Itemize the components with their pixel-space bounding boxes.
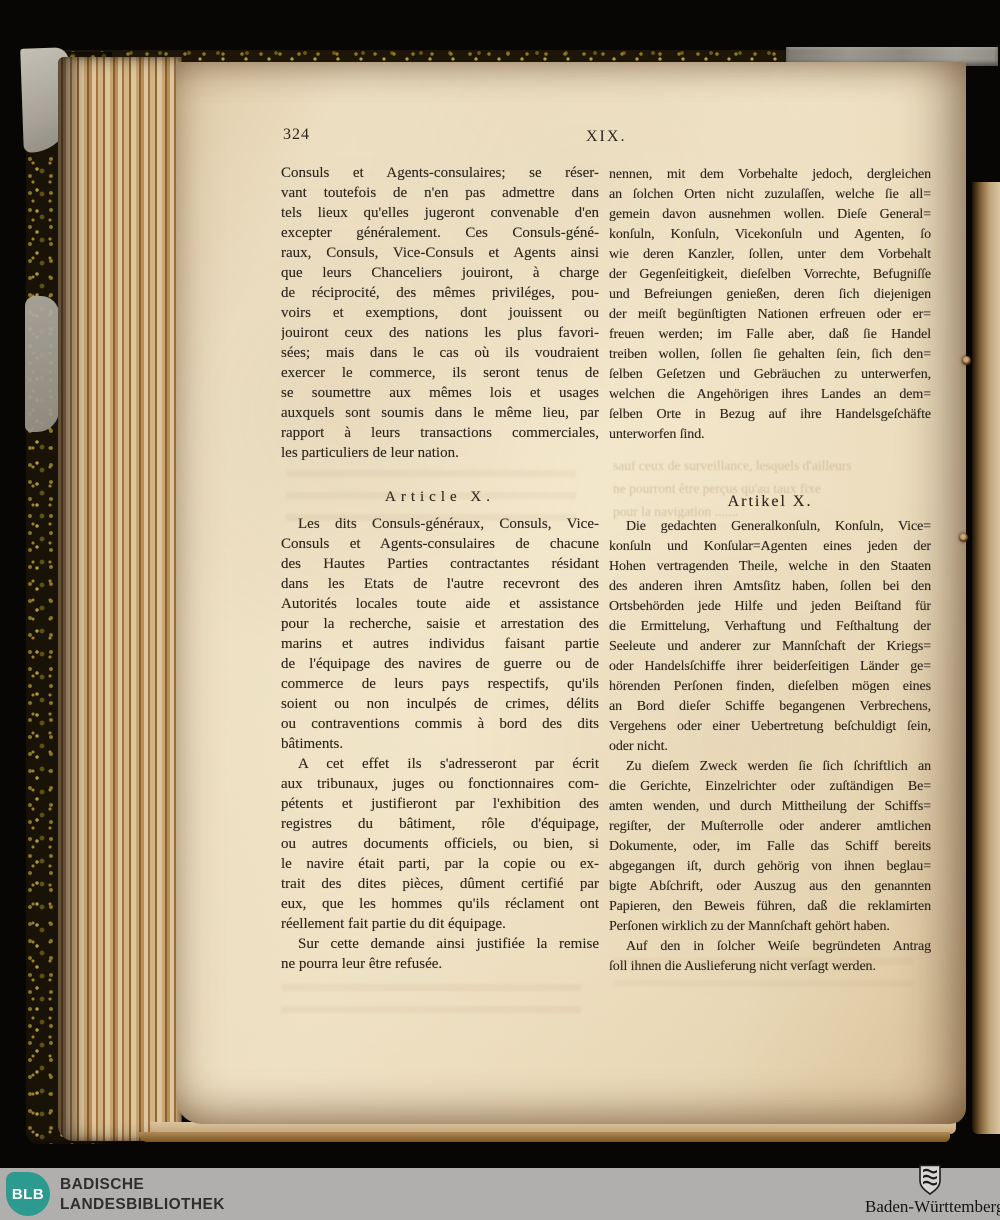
text-line: voirs et exemptions, dont jouissent ou <box>281 303 599 323</box>
text-line: eux, que les hommes qu'ils réclament ont <box>281 894 599 914</box>
paragraph: Consuls et Agents-consulaires; se réser-… <box>281 163 599 463</box>
text-line: gemein davon ausnehmen wollen. Dieſe Gen… <box>609 205 931 225</box>
text-line: que leurs Chanceliers jouiront, à charge <box>281 263 599 283</box>
book-scan-photo: 324 XIX. Consuls et Agents-consulaires; … <box>0 0 1000 1148</box>
text-line: ſoll ihnen die Auslieferung nicht verſag… <box>609 957 931 977</box>
text-line: ou autres documents officiels, ou bien, … <box>281 834 599 854</box>
text-line: die Ermittelung, Verhaftung und Feſthalt… <box>609 617 931 637</box>
text-line: an ſolchen Orten nicht zuzulaſſen, welch… <box>609 185 931 205</box>
text-line: konſuln und Konſular=Agenten eines jeden… <box>609 537 931 557</box>
text-line: réellement fait partie du dit équipage. <box>281 914 599 934</box>
text-line: ſelben Orte in Bezug auf ihre Handelsgeſ… <box>609 405 931 425</box>
text-line: Consuls et Agents-consulaires; se réser- <box>281 163 599 183</box>
text-line: welchen die Angehörigen ihres Landes an … <box>609 385 931 405</box>
text-line: Les dits Consuls-généraux, Consuls, Vice… <box>281 514 599 534</box>
text-line: regiſter, der Muſterrolle oder anderer a… <box>609 817 931 837</box>
text-line: bigte Abſchrift, oder Auszug aus den gen… <box>609 877 931 897</box>
text-line: les particuliers de leur nation. <box>281 443 599 463</box>
text-line: die Gerichte, Einzelrichter oder zuſtänd… <box>609 777 931 797</box>
library-name-line1: BADISCHE <box>60 1175 225 1195</box>
text-line: oder Handelsſchiffe ihrer beiderſeitigen… <box>609 657 931 677</box>
section-header: XIX. <box>586 128 626 146</box>
french-column: Consuls et Agents-consulaires; se réser-… <box>281 163 599 974</box>
paragraph: Sur cette demande ainsi justifiée la rem… <box>281 934 599 974</box>
text-line: de réciprocité, des mêmes priviléges, po… <box>281 283 599 303</box>
text-line: tels lieux qu'elles jugeront convenable … <box>281 203 599 223</box>
text-line: soient ou non inculpés de crimes, délits <box>281 694 599 714</box>
text-line: commerce de leurs pays respectifs, qu'il… <box>281 674 599 694</box>
text-line: Auf den in ſolcher Weiſe begründeten Ant… <box>609 937 931 957</box>
text-line: ne pourra leur être refusée. <box>281 954 599 974</box>
paragraph: Zu dieſem Zweck werden ſie ſich ſchriftl… <box>609 757 931 937</box>
cover-worn-patch <box>25 296 59 432</box>
page-edges-stack <box>58 57 182 1141</box>
text-line: der meiſt begünſtigten Nationen erfreuen… <box>609 305 931 325</box>
page-bottom-edge <box>138 1132 950 1142</box>
text-line: pour la recherche, saisie et arrestation… <box>281 614 599 634</box>
text-line: konſuln, Konſuln, Vicekonſuln und Agente… <box>609 225 931 245</box>
text-line: Sur cette demande ainsi justifiée la rem… <box>281 934 599 954</box>
text-line: hörenden Perſonen finden, dieſelben möge… <box>609 677 931 697</box>
book-page: 324 XIX. Consuls et Agents-consulaires; … <box>176 62 966 1124</box>
state-label: Baden-Württemberg <box>865 1197 995 1217</box>
text-line: wie deren Kanzler, ſollen, unter dem Vor… <box>609 245 931 265</box>
text-line: an Bord dieſer Schiffe begangenen Verbre… <box>609 697 931 717</box>
text-line: registres du bâtiment, rôle d'équipage, <box>281 814 599 834</box>
article-heading: Article X. <box>281 486 599 508</box>
library-footer: BLB BADISCHE LANDESBIBLIOTHEK Baden-Würt… <box>0 1168 1000 1220</box>
text-line: Ortsbehörden jede Hilfe und jeden Beiſta… <box>609 597 931 617</box>
text-line: unterworfen ſind. <box>609 425 931 445</box>
text-line: Seeleute und anderer zur Mannſchaft der … <box>609 637 931 657</box>
german-column: nennen, mit dem Vorbehalte jedoch, dergl… <box>609 165 931 977</box>
text-line: le navire était parti, par la copie ou e… <box>281 854 599 874</box>
text-line: des anderen ihren Amtsſitz haben, ſollen… <box>609 577 931 597</box>
bleedthrough-smudge <box>281 984 581 1024</box>
facing-page-edge <box>972 182 1000 1134</box>
page-number: 324 <box>283 126 310 144</box>
text-line: Vergehens oder einer Uebertretung beſchu… <box>609 717 931 737</box>
text-line: Zu dieſem Zweck werden ſie ſich ſchriftl… <box>609 757 931 777</box>
text-line: vant toutefois de n'en pas admettre dans <box>281 183 599 203</box>
text-line: nennen, mit dem Vorbehalte jedoch, dergl… <box>609 165 931 185</box>
text-line: des Hautes Parties contractantes résidan… <box>281 554 599 574</box>
text-line: auxquels sont soumis dans le même lieu, … <box>281 403 599 423</box>
text-line: aux tribunaux, juges ou fonctionnaires c… <box>281 774 599 794</box>
wormhole <box>962 356 971 365</box>
library-logo: BLB <box>6 1172 50 1216</box>
text-line: pétents et justifieront par l'exhibition… <box>281 794 599 814</box>
text-line: freuen werden; im Falle aber, daß ſie Ha… <box>609 325 931 345</box>
text-line: Papieren, den Beweis führen, daß die rek… <box>609 897 931 917</box>
text-line: jouiront ceux des nations les plus favor… <box>281 323 599 343</box>
text-line: der Gegenſeitigkeit, dieſelben Vorrechte… <box>609 265 931 285</box>
text-line: Dokumente, oder, im Falle das Schiff ber… <box>609 837 931 857</box>
text-line: Die gedachten Generalkonſuln, Konſuln, V… <box>609 517 931 537</box>
paragraph: nennen, mit dem Vorbehalte jedoch, dergl… <box>609 165 931 445</box>
text-line: Perſonen wirklich zu der Mannſchaft gehö… <box>609 917 931 937</box>
coat-of-arms-icon <box>918 1164 942 1196</box>
text-line: amten wenden, und durch Mittheilung der … <box>609 797 931 817</box>
text-line: oder nicht. <box>609 737 931 757</box>
text-line: raux, Consuls, Vice-Consuls et Agents ai… <box>281 243 599 263</box>
text-line: rapport à leurs transactions commerciale… <box>281 423 599 443</box>
text-line: A cet effet ils s'adresseront par écrit <box>281 754 599 774</box>
library-logo-text: BLB <box>12 1186 44 1203</box>
paragraph: Auf den in ſolcher Weiſe begründeten Ant… <box>609 937 931 977</box>
paragraph: Die gedachten Generalkonſuln, Konſuln, V… <box>609 517 931 757</box>
text-line: sées; mais dans le cas où ils voudraient <box>281 343 599 363</box>
wormhole <box>959 533 968 542</box>
text-line: exercer le commerce, ils seront tenus de <box>281 363 599 383</box>
text-line: ou contraventions commis à bord des dits <box>281 714 599 734</box>
text-line: excepter généralement. Ces Consuls-géné- <box>281 223 599 243</box>
state-brand: Baden-Württemberg <box>865 1164 995 1217</box>
text-line: Consuls et Agents-consulaires de chacune <box>281 534 599 554</box>
paragraph: Les dits Consuls-généraux, Consuls, Vice… <box>281 514 599 754</box>
text-line: Hohen vertragenden Theile, welche in den… <box>609 557 931 577</box>
text-line: dans les Etats de l'autre recevront des <box>281 574 599 594</box>
text-line: bâtiments. <box>281 734 599 754</box>
text-line: se soumettre aux mêmes lois et usages <box>281 383 599 403</box>
library-name-line2: LANDESBIBLIOTHEK <box>60 1195 225 1215</box>
library-name: BADISCHE LANDESBIBLIOTHEK <box>60 1175 225 1215</box>
text-line: treiben wollen, ſollen ſie gehalten ſein… <box>609 345 931 365</box>
text-line: marins et autres individus faisant parti… <box>281 634 599 654</box>
text-line: trait des dites pièces, dûment certifié … <box>281 874 599 894</box>
paragraph: A cet effet ils s'adresseront par écrita… <box>281 754 599 934</box>
text-line: ſelben Geſetzen und Gebräuchen zu unterw… <box>609 365 931 385</box>
text-line: de l'équipage des navires de guerre ou d… <box>281 654 599 674</box>
text-line: und Befreiungen genießen, deren ſich die… <box>609 285 931 305</box>
article-heading: Artikel X. <box>609 491 931 513</box>
text-line: Autorités locales toute aide et assistan… <box>281 594 599 614</box>
text-line: abgegangen iſt, durch gehörig von ihnen … <box>609 857 931 877</box>
